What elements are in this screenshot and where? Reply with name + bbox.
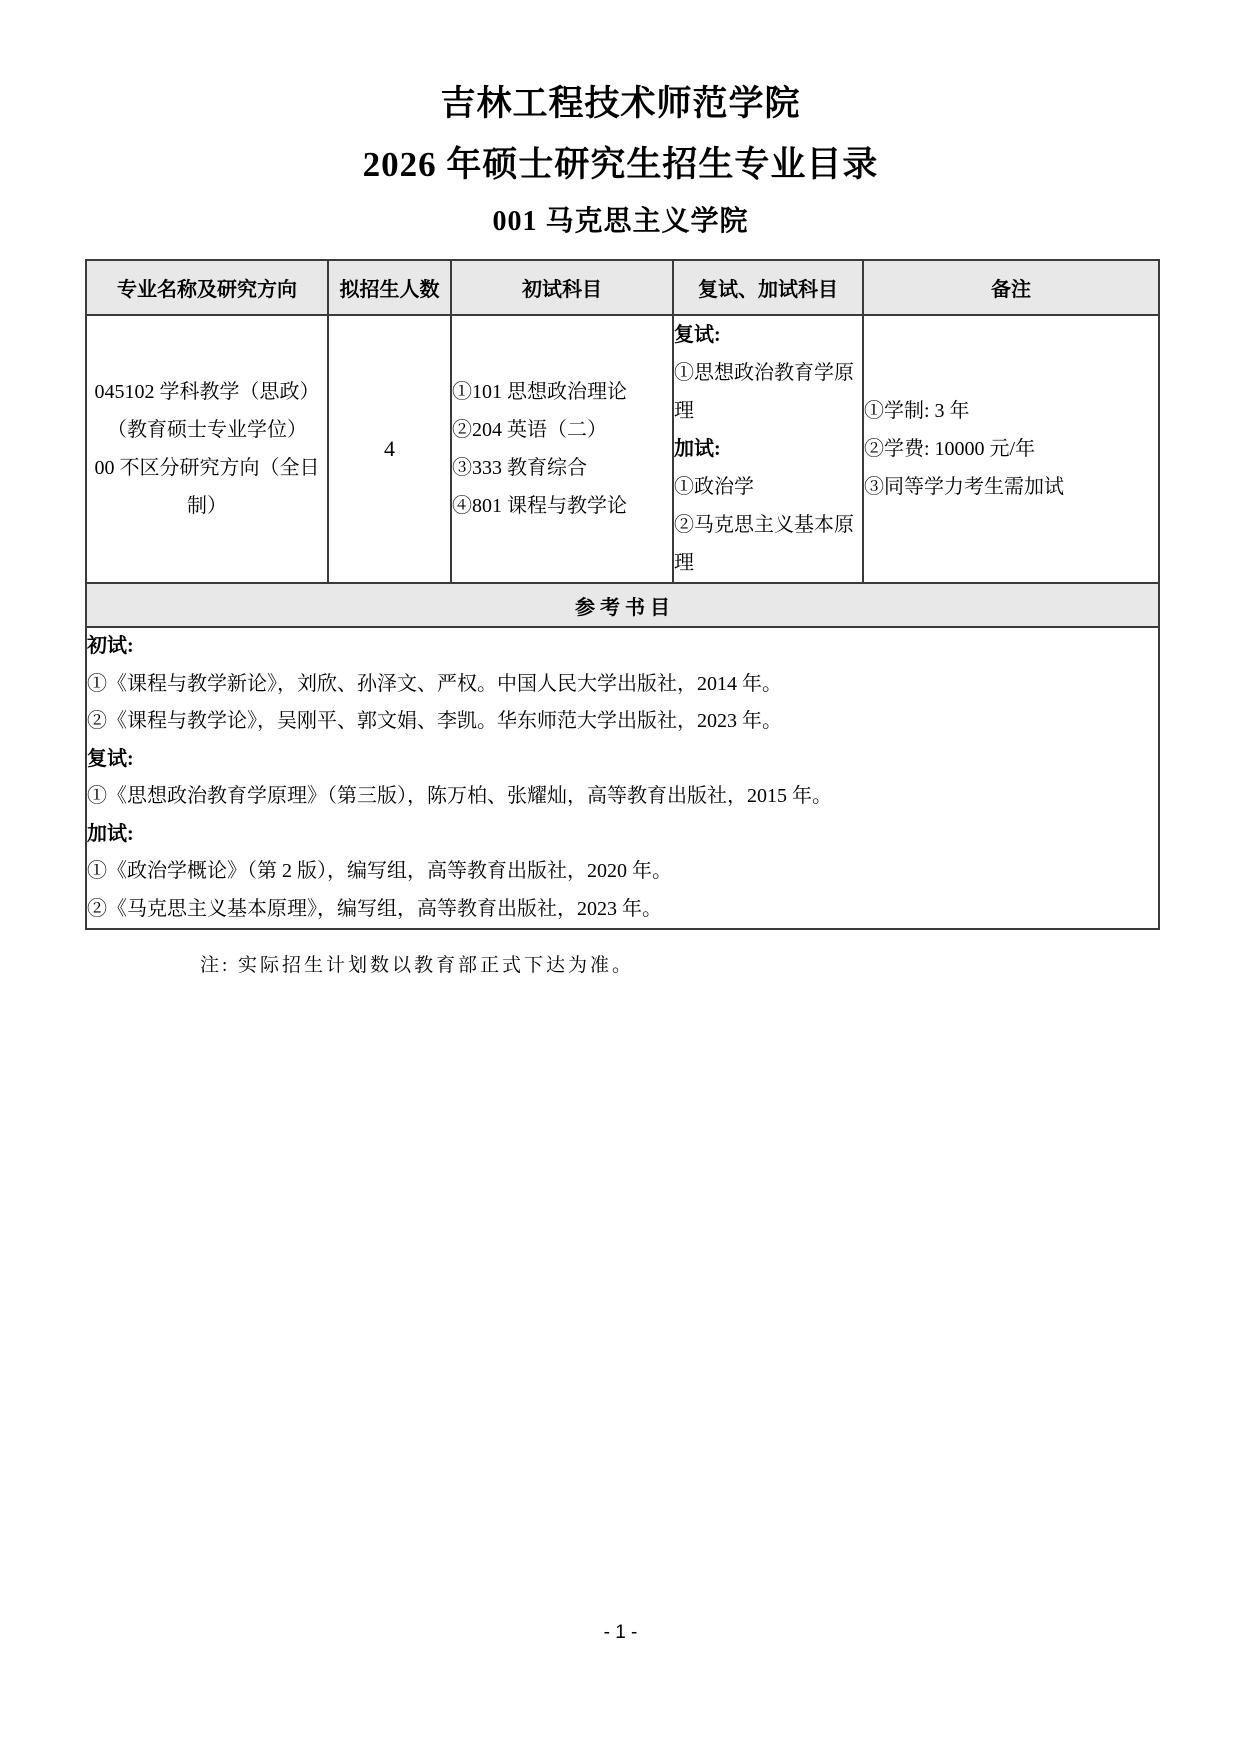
remark-line: ③同等学力考生需加试: [864, 468, 1158, 506]
ref-addtest-label: 加试:: [87, 816, 1158, 854]
cell-enrollment: 4: [328, 315, 451, 583]
retest-label: 复试:: [674, 316, 862, 354]
ref-book-line: ②《马克思主义基本原理》，编写组，高等教育出版社，2023 年。: [87, 891, 1158, 929]
initial-exam-subject: ①101 思想政治理论: [452, 373, 672, 411]
section-heading: 001 马克思主义学院: [0, 208, 1241, 236]
reference-body: 初试: ①《课程与教学新论》，刘欣、孙泽文、严权。中国人民大学出版社，2014 …: [86, 627, 1159, 929]
doc-title-line2: 2026 年硕士研究生招生专业目录: [0, 147, 1241, 182]
header-enrollment: 拟招生人数: [328, 260, 451, 315]
initial-exam-subject: ④801 课程与教学论: [452, 487, 672, 525]
admission-catalog-table: 专业名称及研究方向 拟招生人数 初试科目 复试、加试科目 备注 045102 学…: [85, 259, 1160, 930]
cell-initial-exam: ①101 思想政治理论 ②204 英语（二） ③333 教育综合 ④801 课程…: [451, 315, 673, 583]
header-retest: 复试、加试科目: [673, 260, 863, 315]
footnote: 注: 实际招生计划数以教育部正式下达为准。: [200, 950, 1241, 977]
reference-band-row: 参 考 书 目: [86, 583, 1159, 627]
cell-remarks: ①学制: 3 年 ②学费: 10000 元/年 ③同等学力考生需加试: [863, 315, 1159, 583]
addtest-subject: ②马克思主义基本原理: [674, 506, 862, 582]
major-line: 00 不区分研究方向（全日制）: [87, 449, 327, 525]
title-block: 吉林工程技术师范学院 2026 年硕士研究生招生专业目录 001 马克思主义学院: [0, 0, 1241, 236]
page-number: - 1 -: [0, 1622, 1241, 1644]
addtest-subject: ①政治学: [674, 468, 862, 506]
document-page: 吉林工程技术师范学院 2026 年硕士研究生招生专业目录 001 马克思主义学院…: [0, 0, 1241, 1754]
remark-line: ②学费: 10000 元/年: [864, 430, 1158, 468]
ref-book-line: ②《课程与教学论》，吴刚平、郭文娟、李凯。华东师范大学出版社，2023 年。: [87, 703, 1158, 741]
initial-exam-subject: ②204 英语（二）: [452, 411, 672, 449]
ref-initial-label: 初试:: [87, 628, 1158, 666]
ref-book-line: ①《思想政治教育学原理》（第三版），陈万柏、张耀灿，高等教育出版社，2015 年…: [87, 778, 1158, 816]
table-header-row: 专业名称及研究方向 拟招生人数 初试科目 复试、加试科目 备注: [86, 260, 1159, 315]
major-line: （教育硕士专业学位）: [87, 411, 327, 449]
initial-exam-subject: ③333 教育综合: [452, 449, 672, 487]
cell-retest-addtest: 复试: ①思想政治教育学原理 加试: ①政治学 ②马克思主义基本原理: [673, 315, 863, 583]
header-initial-exam: 初试科目: [451, 260, 673, 315]
table-row: 045102 学科教学（思政） （教育硕士专业学位） 00 不区分研究方向（全日…: [86, 315, 1159, 583]
doc-title-line1: 吉林工程技术师范学院: [0, 86, 1241, 121]
ref-book-line: ①《课程与教学新论》，刘欣、孙泽文、严权。中国人民大学出版社，2014 年。: [87, 666, 1158, 704]
remark-line: ①学制: 3 年: [864, 392, 1158, 430]
ref-book-line: ①《政治学概论》（第 2 版），编写组，高等教育出版社，2020 年。: [87, 853, 1158, 891]
retest-subject: ①思想政治教育学原理: [674, 354, 862, 430]
reference-band-title: 参 考 书 目: [86, 583, 1159, 627]
cell-major: 045102 学科教学（思政） （教育硕士专业学位） 00 不区分研究方向（全日…: [86, 315, 328, 583]
addtest-label: 加试:: [674, 430, 862, 468]
header-remarks: 备注: [863, 260, 1159, 315]
major-line: 045102 学科教学（思政）: [87, 373, 327, 411]
ref-retest-label: 复试:: [87, 741, 1158, 779]
reference-body-row: 初试: ①《课程与教学新论》，刘欣、孙泽文、严权。中国人民大学出版社，2014 …: [86, 627, 1159, 929]
header-major: 专业名称及研究方向: [86, 260, 328, 315]
